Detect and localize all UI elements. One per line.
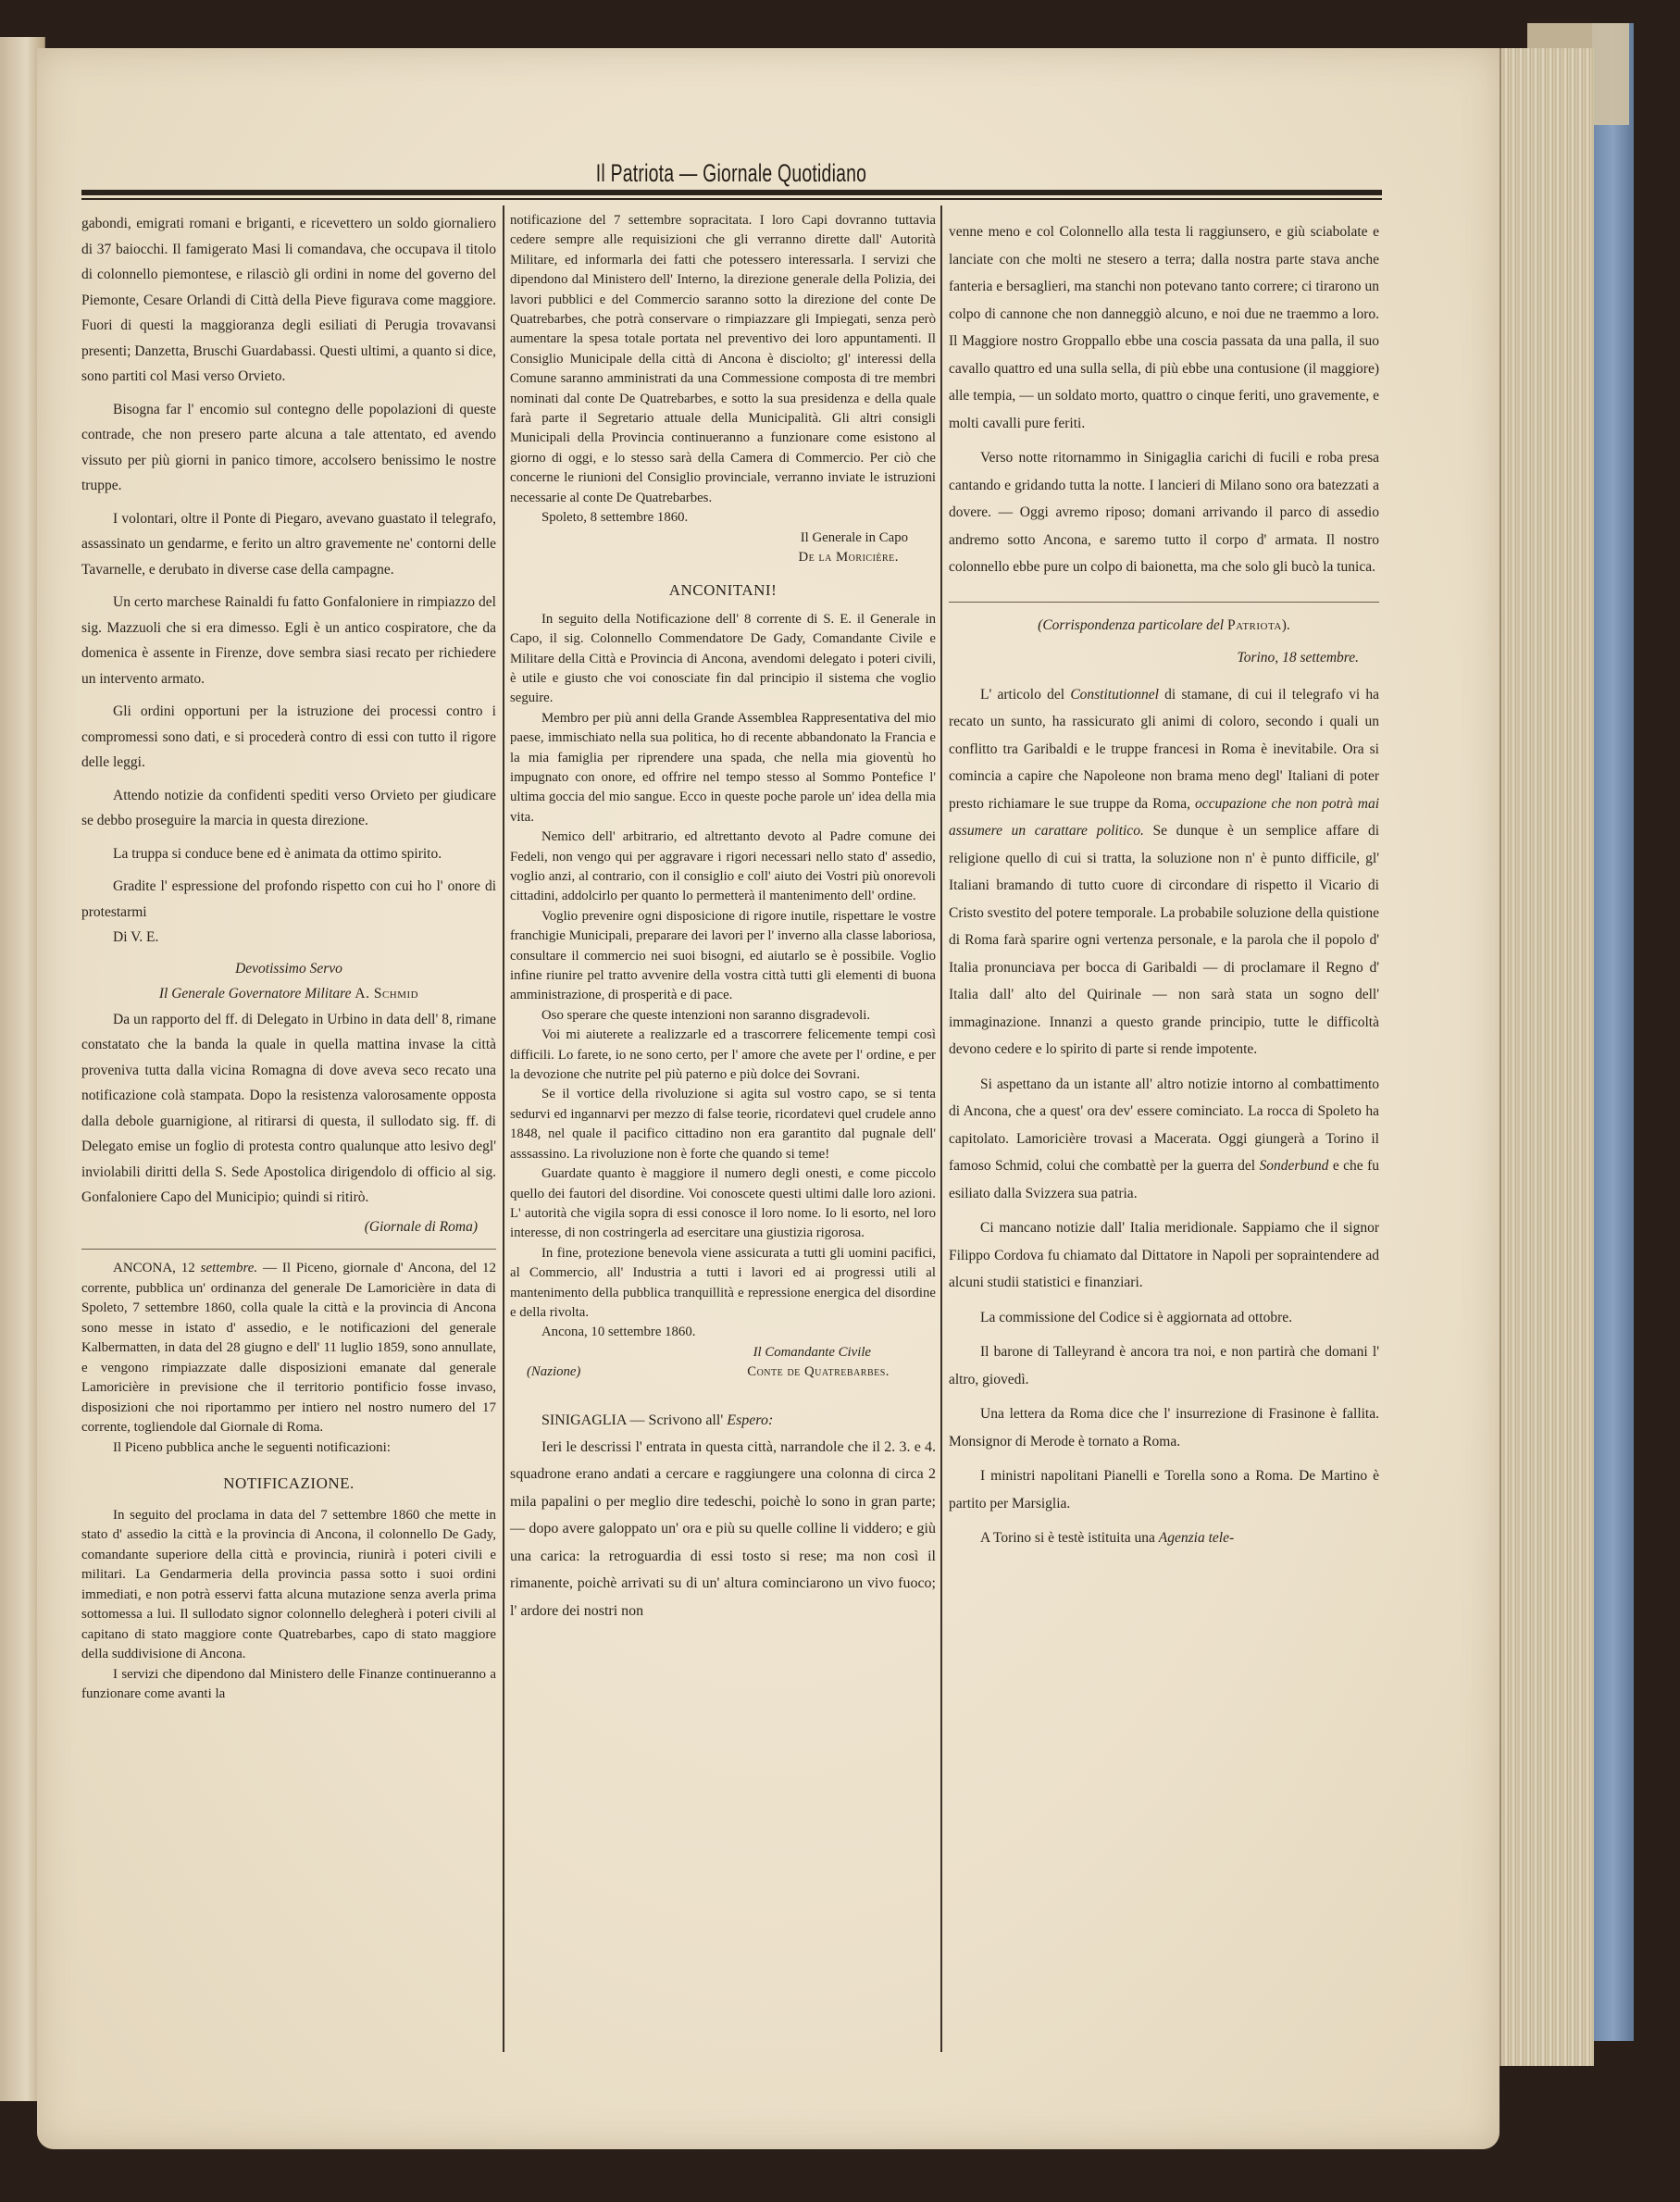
dateline-month: settembre. [201, 1261, 258, 1275]
paragraph: Oso sperare che queste intenzioni non sa… [510, 1006, 936, 1026]
signature-name: Conte de Quatrebarbes. [747, 1362, 890, 1382]
paragraph: Attendo notizie da confidenti spediti ve… [81, 783, 496, 834]
signature-title: Il Generale Governatore Militare [159, 986, 352, 1001]
dateline: Spoleto, 8 settembre 1860. [510, 508, 936, 528]
dateline-place: Torino, [1238, 650, 1279, 666]
book-fore-edge [1500, 48, 1594, 2066]
text: Se dunque è un semplice affare di religi… [949, 823, 1379, 1057]
text: A Torino si è testè istituita una [980, 1530, 1155, 1546]
newspaper-name: Espero: [727, 1412, 773, 1428]
signature-name: De la Moricière. [510, 548, 936, 567]
dateline: ANCONA, 12 [113, 1261, 195, 1275]
correspondence-close: ). [1282, 617, 1290, 633]
paragraph: Gradite l' espressione del profondo risp… [81, 874, 496, 925]
signature-name: A. Schmid [355, 986, 418, 1001]
paragraph: Verso notte ritornammo in Sinigaglia car… [949, 444, 1379, 581]
heading-notificazione: NOTIFICAZIONE. [81, 1471, 496, 1497]
dateline-text: SINIGAGLIA — Scrivono all' [541, 1412, 723, 1428]
newspaper-name: Patriota [1227, 617, 1282, 633]
paragraph: notificazione del 7 settembre sopracitat… [510, 211, 936, 508]
dateline: Torino, 18 settembre. [949, 644, 1379, 672]
column-middle: notificazione del 7 settembre sopracitat… [510, 211, 936, 1624]
paragraph: gabondi, emigrati romani e briganti, e r… [81, 211, 496, 390]
closing: Devotissimo Servo [81, 956, 496, 982]
paragraph: Da un rapporto del ff. di Delegato in Ur… [81, 1007, 496, 1211]
column-divider-2 [940, 205, 942, 2052]
separator-rule [949, 602, 1379, 603]
paragraph: In fine, protezione benevola viene assic… [510, 1244, 936, 1324]
ancona-text: — Il Piceno, giornale d' Ancona, del 12 … [81, 1261, 496, 1435]
paragraph: Membro per più anni della Grande Assembl… [510, 709, 936, 827]
paragraph: Si aspettano da un istante all' altro no… [949, 1071, 1379, 1208]
newspaper-name: Constitutionnel [1070, 687, 1159, 703]
paragraph: In seguito del proclama in data del 7 se… [81, 1506, 496, 1665]
paragraph: A Torino si è testè istituita una Agenzi… [949, 1524, 1379, 1552]
source-attribution: (Nazione) [527, 1362, 580, 1382]
paragraph: Il Piceno pubblica anche le seguenti not… [81, 1438, 496, 1459]
header-rule-thick [81, 190, 1382, 195]
source-attribution: (Giornale di Roma) [81, 1214, 496, 1240]
sinigaglia-dateline: SINIGAGLIA — Scrivono all' Espero: [510, 1407, 936, 1434]
text: di stamane, di cui il telegrafo vi ha re… [949, 687, 1379, 812]
column-left: gabondi, emigrati romani e briganti, e r… [81, 211, 496, 1705]
paragraph: Nemico dell' arbitrario, ed altrettanto … [510, 827, 936, 907]
column-divider-1 [503, 205, 504, 2052]
signature-title: Il Comandante Civile [510, 1343, 936, 1362]
signature-row: (Nazione) Conte de Quatrebarbes. [510, 1362, 936, 1382]
paragraph: I volontari, oltre il Ponte di Piegaro, … [81, 506, 496, 583]
correspondence-label: (Corrispondenza particolare del Patriota… [949, 612, 1379, 640]
spacer [510, 1383, 936, 1407]
correspondence-text: (Corrispondenza particolare del [1038, 617, 1224, 633]
paragraph: Se il vortice della rivoluzione si agita… [510, 1085, 936, 1164]
paragraph: Bisogna far l' encomio sul contegno dell… [81, 397, 496, 499]
paragraph: Gli ordini opportuni per la istruzione d… [81, 699, 496, 776]
paragraph: Il barone di Talleyrand è ancora tra noi… [949, 1338, 1379, 1393]
paragraph: La truppa si conduce bene ed è animata d… [81, 841, 496, 867]
paragraph: Una lettera da Roma dice che l' insurrez… [949, 1400, 1379, 1455]
running-head: Il Patriota — Giornale Quotidiano [265, 159, 1198, 188]
paragraph: Voi mi aiuterete a realizzarle ed a tras… [510, 1026, 936, 1085]
paragraph: In seguito della Notificazione dell' 8 c… [510, 610, 936, 709]
paragraph: L' articolo del Constitutionnel di stama… [949, 681, 1379, 1064]
italic-term: Sonderbund [1260, 1158, 1329, 1174]
column-right: venne meno e col Colonnello alla testa l… [949, 211, 1379, 1552]
ancona-paragraph: ANCONA, 12 settembre. — Il Piceno, giorn… [81, 1259, 496, 1438]
paragraph: I ministri napolitani Pianelli e Torella… [949, 1462, 1379, 1517]
dateline-date: 18 settembre. [1282, 650, 1359, 666]
paragraph: I servizi che dipendono dal Ministero de… [81, 1665, 496, 1705]
heading-anconitani: ANCONITANI! [510, 580, 936, 600]
book-cover-blue [1592, 23, 1634, 2041]
signature-title: Il Generale in Capo [510, 529, 936, 548]
text: L' articolo del [980, 687, 1064, 703]
paragraph: Ci mancano notizie dall' Italia meridion… [949, 1214, 1379, 1297]
paragraph: La commissione del Codice si è aggiornat… [949, 1304, 1379, 1332]
paragraph: Ieri le descrissi l' entrata in questa c… [510, 1434, 936, 1625]
paragraph: venne meno e col Colonnello alla testa l… [949, 218, 1379, 437]
italic-term: Agenzia tele- [1159, 1530, 1234, 1546]
signature: Il Generale Governatore Militare A. Schm… [81, 981, 496, 1007]
dateline: Ancona, 10 settembre 1860. [510, 1323, 936, 1342]
paragraph: Guardate quanto è maggiore il numero deg… [510, 1164, 936, 1244]
salutation: Di V. E. [81, 925, 496, 951]
header-rule-thin [81, 198, 1382, 200]
separator-rule [81, 1249, 496, 1250]
paragraph: Voglio prevenire ogni disposicione di ri… [510, 907, 936, 1006]
paragraph: Un certo marchese Rainaldi fu fatto Gonf… [81, 590, 496, 691]
